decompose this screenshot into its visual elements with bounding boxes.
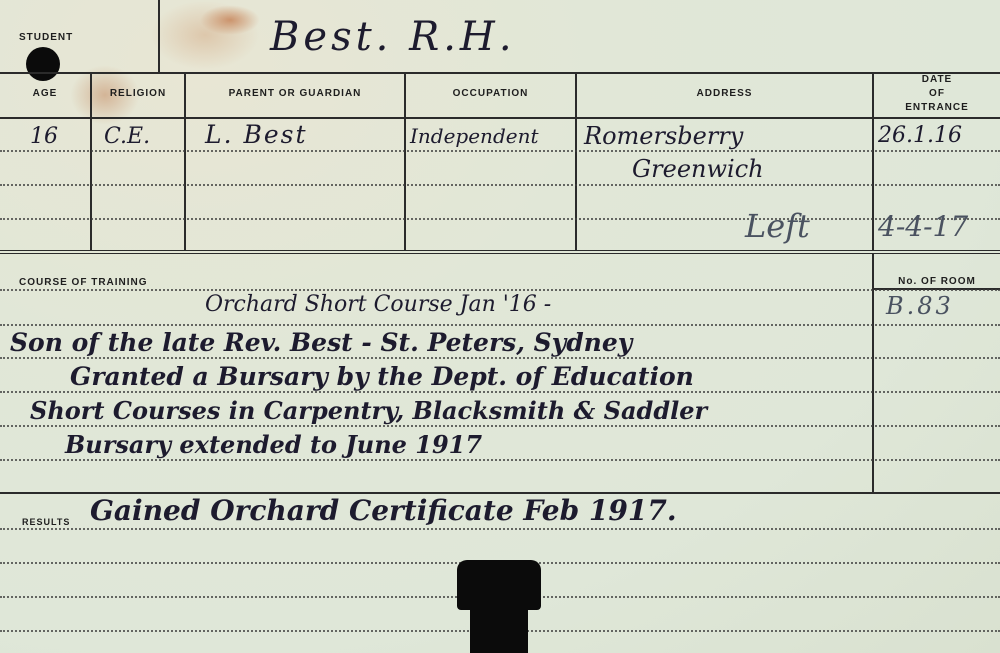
row-line: [0, 289, 1000, 291]
student-name: Best. R.H.: [270, 14, 516, 60]
training-line-4: Short Courses in Carpentry, Blacksmith &…: [30, 396, 707, 425]
room-number: B.83: [886, 292, 954, 320]
row-line: [0, 150, 1000, 152]
row-line: [0, 528, 1000, 530]
parent-value: L. Best: [205, 120, 308, 149]
training-line-5: Bursary extended to June 1917: [65, 430, 482, 459]
header-religion: RELIGION: [92, 87, 184, 101]
address-line-1: Romersberry: [584, 122, 743, 150]
punch-hole: [26, 47, 60, 81]
row-line: [0, 459, 1000, 461]
header-age: AGE: [0, 87, 90, 101]
student-label: STUDENT: [19, 31, 73, 45]
header-address: ADDRESS: [577, 87, 872, 101]
header-date-2: OF: [874, 87, 1000, 101]
left-label: Left: [745, 207, 810, 245]
address-line-2: Greenwich: [632, 155, 764, 183]
age-value: 16: [30, 124, 58, 149]
filing-slot-stem: [470, 605, 528, 653]
header-date-3: ENTRANCE: [874, 101, 1000, 115]
student-divider: [158, 0, 160, 72]
header-bottom-rule: [0, 117, 1000, 119]
occupation-value: Independent: [410, 124, 539, 148]
training-label: COURSE OF TRAINING: [19, 276, 148, 290]
row-line: [0, 357, 1000, 359]
row-line: [0, 184, 1000, 186]
training-line-2: Son of the late Rev. Best - St. Peters, …: [10, 328, 632, 357]
student-record-card: STUDENT Best. R.H. AGE RELIGION PARENT O…: [0, 0, 1000, 653]
religion-value: C.E.: [104, 124, 150, 149]
row-line: [0, 425, 1000, 427]
date-of-entrance: 26.1.16: [878, 123, 962, 148]
header-parent: PARENT OR GUARDIAN: [186, 87, 404, 101]
table-bottom-rule: [0, 250, 1000, 251]
rust-stain: [150, 0, 260, 70]
row-line: [0, 218, 1000, 220]
results-text: Gained Orchard Certificate Feb 1917.: [90, 494, 677, 527]
header-occupation: OCCUPATION: [406, 87, 575, 101]
header-top-rule: [0, 72, 1000, 74]
results-label: RESULTS: [22, 515, 70, 529]
row-line: [0, 391, 1000, 393]
row-line: [0, 324, 1000, 326]
header-date-1: DATE: [874, 73, 1000, 87]
filing-slot: [457, 560, 541, 610]
training-line-1: Orchard Short Course Jan '16 -: [205, 292, 551, 317]
left-date: 4-4-17: [878, 210, 968, 243]
rust-stain: [200, 5, 260, 35]
training-line-3: Granted a Bursary by the Dept. of Educat…: [70, 362, 694, 391]
room-label: No. OF ROOM: [874, 275, 1000, 289]
